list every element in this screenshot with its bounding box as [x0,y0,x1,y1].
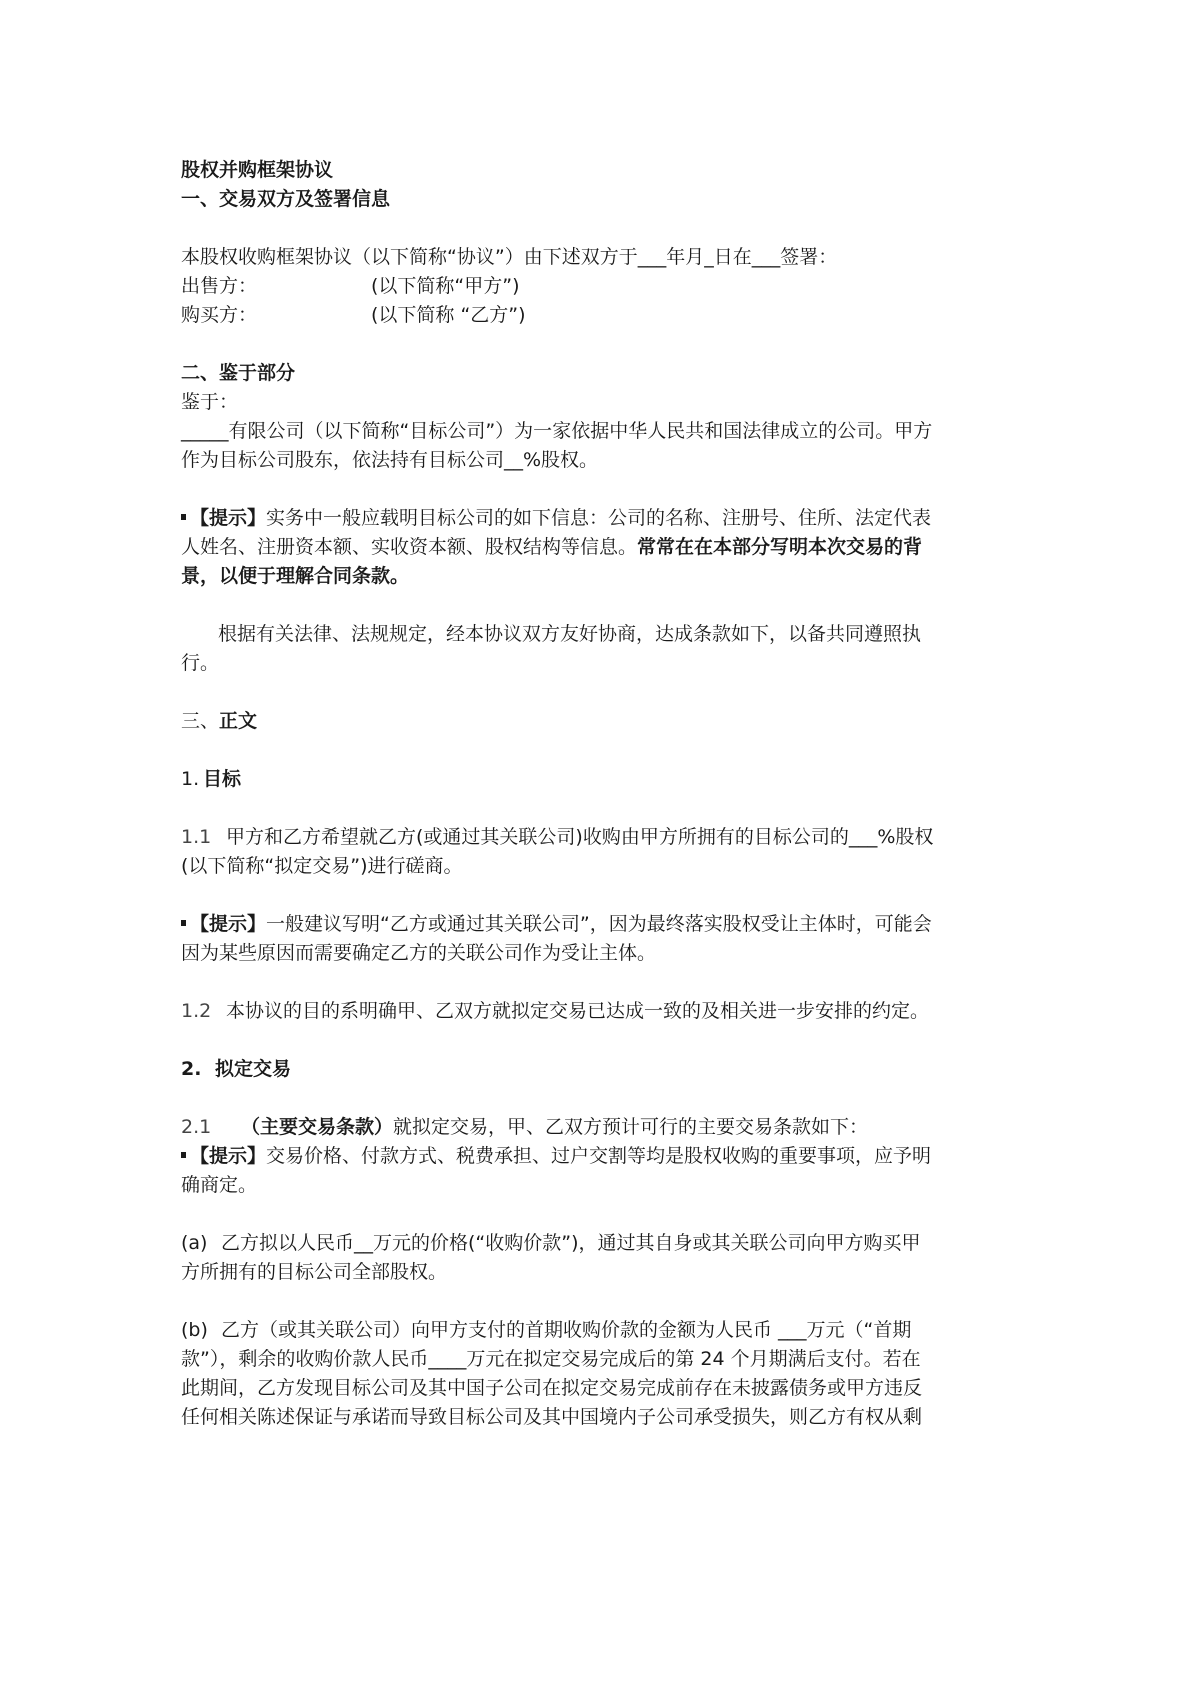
spacer [181,678,1021,707]
clause-number: 2. [181,1055,215,1084]
clause-caption: （主要交易条款） [241,1116,393,1138]
seller-alias: (以下简称“甲方”) [371,275,520,297]
clause-text: 本协议的目的系明确甲、乙双方就拟定交易已达成一致的及相关进一步安排的约定。 [226,1000,929,1022]
spacer [181,214,1021,243]
clause-2-1: 2.1（主要交易条款）就拟定交易，甲、乙双方预计可行的主要交易条款如下： [181,1113,1021,1142]
spacer [181,881,1021,910]
item-a-line-1: (a)乙方拟以人民币__万元的价格(“收购价款”)，通过其自身或其关联公司向甲方… [181,1229,1021,1258]
whereas-line-1: _____有限公司（以下简称“目标公司”）为一家依据中华人民共和国法律成立的公司… [181,417,1021,446]
tip-emphasis: 常常在在本部分写明本次交易的背 [637,536,922,558]
tip-whereas-line-2: 人姓名、注册资本额、实收资本额、股权结构等信息。常常在在本部分写明本次交易的背 [181,533,1021,562]
clause-2-heading: 2.拟定交易 [181,1055,1021,1084]
item-label: (b) [181,1316,221,1345]
tip-label: 【提示】 [190,913,266,935]
tip-whereas-line-1: 【提示】实务中一般应载明目标公司的如下信息：公司的名称、注册号、住所、法定代表 [181,504,1021,533]
bullet-icon [181,1152,186,1158]
clause-1-1-line-1: 1.1甲方和乙方希望就乙方(或通过其关联公司)收购由甲方所拥有的目标公司的___… [181,823,1021,852]
whereas-line-2: 作为目标公司股东，依法持有目标公司__%股权。 [181,446,1021,475]
seller-label: 出售方： [181,272,371,301]
item-b-line-1: (b)乙方（或其关联公司）向甲方支付的首期收购价款的金额为人民币 ___万元（“… [181,1316,1021,1345]
clause-text: 就拟定交易，甲、乙双方预计可行的主要交易条款如下： [393,1116,868,1138]
tip-text: 人姓名、注册资本额、实收资本额、股权结构等信息。 [181,536,637,558]
spacer [181,968,1021,997]
clause-1-heading: 1.目标 [181,765,1021,794]
buyer-row: 购买方：(以下简称 “乙方”) [181,301,1021,330]
tip-clause-2-line-2: 确商定。 [181,1171,1021,1200]
spacer [181,1026,1021,1055]
signing-intro: 本股权收购框架协议（以下简称“协议”）由下述双方于___年月_日在___签署： [181,243,1021,272]
item-text: 乙方拟以人民币__万元的价格(“收购价款”)，通过其自身或其关联公司向甲方购买甲 [221,1232,921,1254]
tip-clause-1-line-1: 【提示】一般建议写明“乙方或通过其关联公司”，因为最终落实股权受让主体时，可能会 [181,910,1021,939]
clause-number: 1.2 [181,997,226,1026]
tip-clause-1-line-2: 因为某些原因而需要确定乙方的关联公司作为受让主体。 [181,939,1021,968]
document-page: 股权并购框架协议 一、交易双方及签署信息 本股权收购框架协议（以下简称“协议”）… [181,156,1021,1432]
whereas-label: 鉴于： [181,388,1021,417]
item-text: 乙方（或其关联公司）向甲方支付的首期收购价款的金额为人民币 ___万元（“首期 [221,1319,911,1341]
spacer [181,1200,1021,1229]
spacer [181,591,1021,620]
section-heading-body: 三、正文 [181,707,1021,736]
section-heading-parties: 一、交易双方及签署信息 [181,185,1021,214]
heading-prefix: 三、 [181,710,219,732]
item-b-line-2: 款”），剩余的收购价款人民币____万元在拟定交易完成后的第 24 个月期满后支… [181,1345,1021,1374]
item-b-line-4: 任何相关陈述保证与承诺而导致目标公司及其中国境内子公司承受损失，则乙方有权从剩 [181,1403,1021,1432]
spacer [181,1084,1021,1113]
bullet-icon [181,920,186,926]
clause-number: 1. [181,765,203,794]
spacer [181,475,1021,504]
spacer [181,736,1021,765]
heading-text: 正文 [219,710,257,732]
item-label: (a) [181,1229,221,1258]
tip-clause-2-line-1: 【提示】交易价格、付款方式、税费承担、过户交割等均是股权收购的重要事项，应予明 [181,1142,1021,1171]
clause-title: 目标 [203,768,241,790]
spacer [181,794,1021,823]
clause-number: 1.1 [181,823,226,852]
spacer [181,1287,1021,1316]
agreement-line-1: 根据有关法律、法规规定，经本协议双方友好协商，达成条款如下，以备共同遵照执 [181,620,1021,649]
tip-whereas-line-3: 景，以便于理解合同条款。 [181,562,1021,591]
item-b-line-3: 此期间，乙方发现目标公司及其中国子公司在拟定交易完成前存在未披露债务或甲方违反 [181,1374,1021,1403]
buyer-label: 购买方： [181,301,371,330]
bullet-icon [181,514,186,520]
tip-label: 【提示】 [190,1145,266,1167]
tip-text: 一般建议写明“乙方或通过其关联公司”，因为最终落实股权受让主体时，可能会 [266,913,932,935]
tip-text: 实务中一般应载明目标公司的如下信息：公司的名称、注册号、住所、法定代表 [266,507,931,529]
tip-label: 【提示】 [190,507,266,529]
seller-row: 出售方：(以下简称“甲方”) [181,272,1021,301]
section-heading-whereas: 二、鉴于部分 [181,359,1021,388]
clause-title: 拟定交易 [215,1058,291,1080]
clause-number: 2.1 [181,1113,241,1142]
spacer [181,330,1021,359]
tip-text: 交易价格、付款方式、税费承担、过户交割等均是股权收购的重要事项，应予明 [266,1145,931,1167]
buyer-alias: (以下简称 “乙方”) [371,304,526,326]
clause-1-1-line-2: (以下简称“拟定交易”)进行磋商。 [181,852,1021,881]
item-a-line-2: 方所拥有的目标公司全部股权。 [181,1258,1021,1287]
clause-1-2: 1.2本协议的目的系明确甲、乙双方就拟定交易已达成一致的及相关进一步安排的约定。 [181,997,1021,1026]
agreement-line-2: 行。 [181,649,1021,678]
document-title: 股权并购框架协议 [181,156,1021,185]
clause-text: 甲方和乙方希望就乙方(或通过其关联公司)收购由甲方所拥有的目标公司的___%股权 [226,826,933,848]
